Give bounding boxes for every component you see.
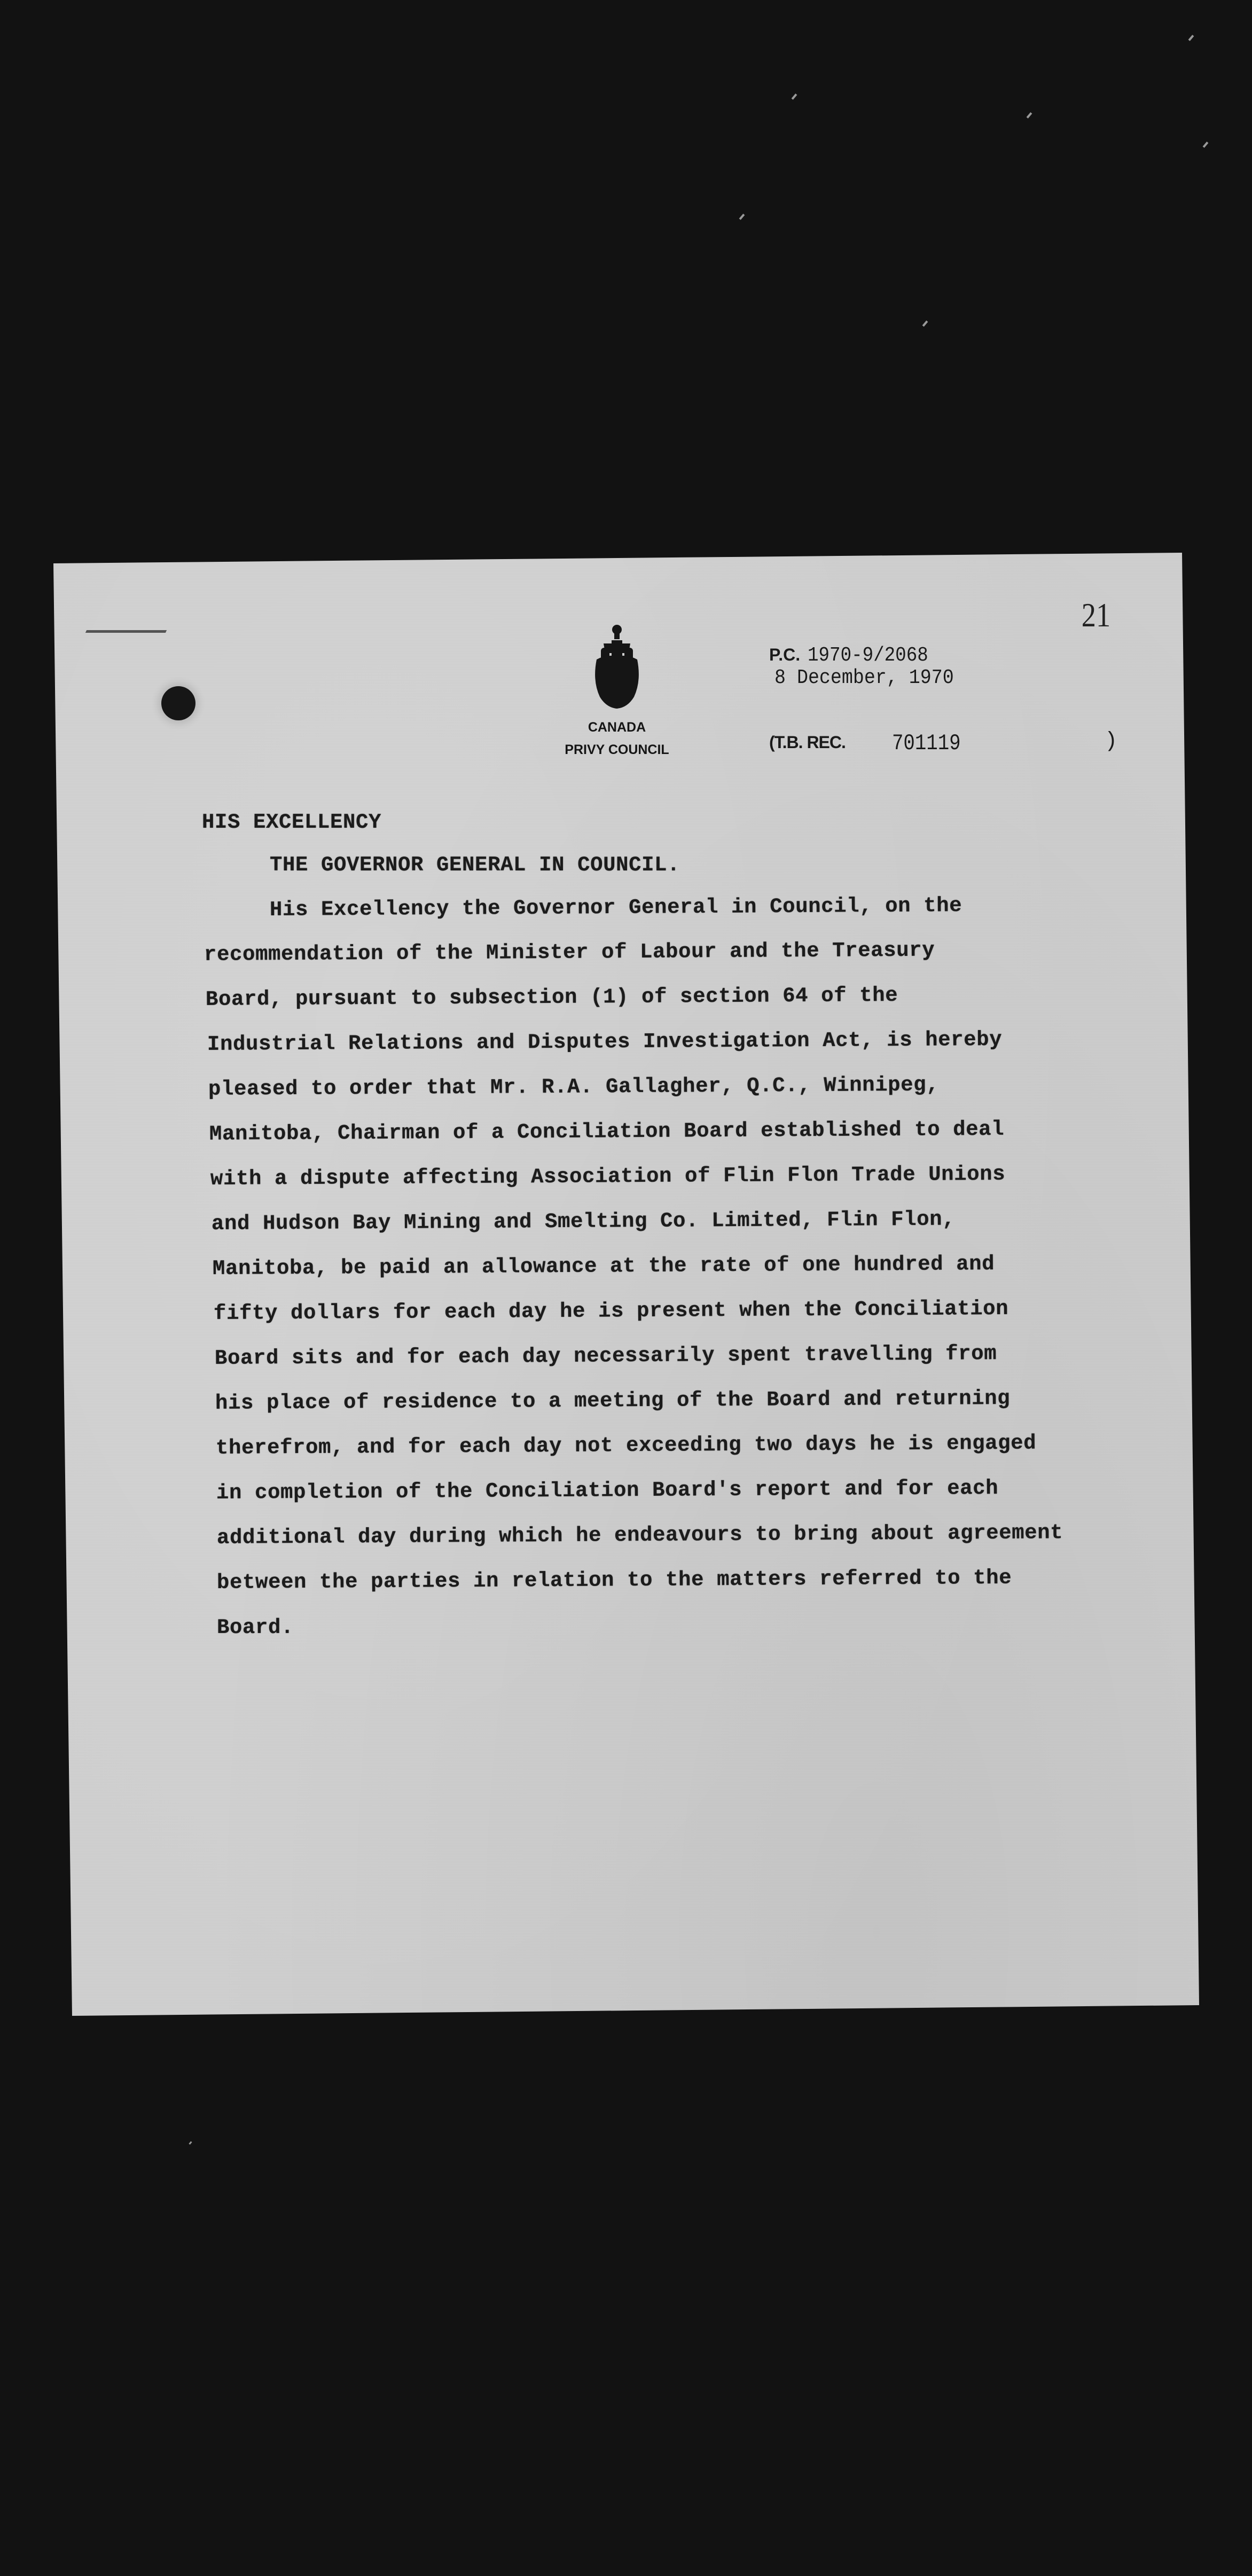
seal-caption-privy-council: PRIVY COUNCIL: [539, 742, 694, 758]
pc-label: P.C.: [769, 645, 800, 665]
body-line: Board.: [217, 1616, 294, 1639]
body-line: in completion of the Conciliation Board'…: [216, 1477, 998, 1505]
body-line: recommendation of the Minister of Labour…: [204, 939, 935, 967]
body-line: His Excellency the Governor General in C…: [270, 894, 962, 922]
dust-speck: [1188, 35, 1194, 41]
punch-hole: [161, 686, 195, 720]
page-number: 21: [1082, 595, 1110, 635]
coat-of-arms-icon: [585, 622, 649, 713]
tb-rec-close-paren: ): [1105, 729, 1117, 753]
dust-speck: [1027, 112, 1032, 119]
order-date: 8 December, 1970: [774, 666, 954, 689]
body-line: and Hudson Bay Mining and Smelting Co. L…: [212, 1207, 955, 1236]
dust-speck: [792, 93, 797, 100]
body-line: with a dispute affecting Association of …: [210, 1163, 1005, 1191]
body-line: between the parties in relation to the m…: [217, 1566, 1012, 1595]
salutation-line-2: THE GOVERNOR GENERAL IN COUNCIL.: [270, 853, 680, 877]
body-line: Industrial Relations and Disputes Invest…: [207, 1028, 1002, 1056]
tb-rec-number: 701119: [892, 731, 961, 756]
pc-number: 1970-9/2068: [808, 644, 928, 667]
body-line: Board sits and for each day necessarily …: [215, 1342, 997, 1370]
body-line: pleased to order that Mr. R.A. Gallagher…: [208, 1073, 939, 1101]
dust-speck: [739, 214, 745, 220]
body-line: his place of residence to a meeting of t…: [215, 1387, 1010, 1415]
body-line: additional day during which he endeavour…: [217, 1521, 1063, 1550]
body-line: Board, pursuant to subsection (1) of sec…: [206, 984, 898, 1011]
document-page: CANADA PRIVY COUNCIL P.C. 1970-9/2068 8 …: [0, 0, 1252, 2576]
body-line: Manitoba, Chairman of a Conciliation Boa…: [209, 1118, 1004, 1146]
torn-corner-mark: [85, 598, 182, 633]
salutation-line-1: HIS EXCELLENCY: [202, 811, 381, 834]
tb-rec-label: (T.B. REC.: [769, 733, 846, 752]
body-line: therefrom, and for each day not exceedin…: [216, 1432, 1036, 1460]
body-line: Manitoba, be paid an allowance at the ra…: [213, 1252, 995, 1281]
dust-speck: [922, 320, 928, 327]
dust-speck: [1203, 142, 1209, 148]
seal-caption-canada: CANADA: [577, 720, 657, 735]
body-line: fifty dollars for each day he is present…: [214, 1297, 1008, 1325]
dust-speck: [189, 2141, 192, 2145]
